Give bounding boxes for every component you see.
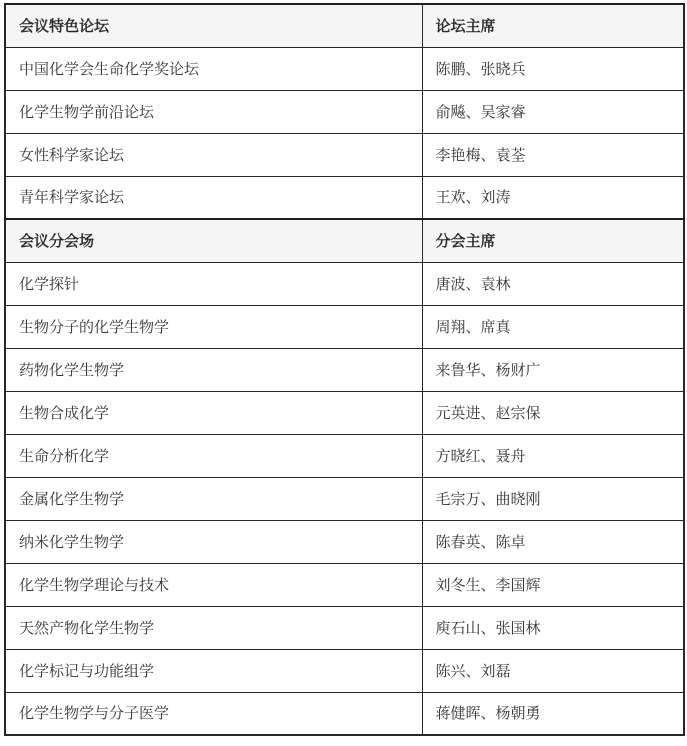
section-title-header-cell: 会议分会场 (5, 219, 422, 262)
table-row: 天然产物化学生物学庾石山、张国林 (5, 606, 684, 649)
chair-names-cell: 方晓红、聂舟 (422, 434, 684, 477)
table-row: 金属化学生物学毛宗万、曲晓刚 (5, 477, 684, 520)
chair-names-cell: 俞飚、吴家睿 (422, 90, 684, 133)
chair-names-cell: 刘冬生、李国辉 (422, 563, 684, 606)
chair-names-cell: 陈春英、陈卓 (422, 520, 684, 563)
table-row: 化学生物学前沿论坛俞飚、吴家睿 (5, 90, 684, 133)
section-header-row: 会议特色论坛论坛主席 (5, 4, 684, 47)
page: 会议特色论坛论坛主席中国化学会生命化学奖论坛陈鹏、张晓兵化学生物学前沿论坛俞飚、… (0, 0, 687, 746)
table-row: 纳米化学生物学陈春英、陈卓 (5, 520, 684, 563)
forum-name-cell: 化学标记与功能组学 (5, 649, 422, 692)
forum-name-cell: 纳米化学生物学 (5, 520, 422, 563)
forum-name-cell: 化学生物学前沿论坛 (5, 90, 422, 133)
table-row: 化学生物学与分子医学蒋健晖、杨朝勇 (5, 692, 684, 735)
chair-names-cell: 李艳梅、袁荃 (422, 133, 684, 176)
chair-names-cell: 元英进、赵宗保 (422, 391, 684, 434)
table-row: 化学探针唐波、袁林 (5, 262, 684, 305)
section-header-row: 会议分会场分会主席 (5, 219, 684, 262)
forum-name-cell: 生命分析化学 (5, 434, 422, 477)
table-row: 青年科学家论坛王欢、刘涛 (5, 176, 684, 219)
chair-names-cell: 陈鹏、张晓兵 (422, 47, 684, 90)
table-row: 生物分子的化学生物学周翔、席真 (5, 305, 684, 348)
table-row: 化学标记与功能组学陈兴、刘磊 (5, 649, 684, 692)
forum-name-cell: 金属化学生物学 (5, 477, 422, 520)
forum-name-cell: 女性科学家论坛 (5, 133, 422, 176)
chair-header-cell: 分会主席 (422, 219, 684, 262)
chair-names-cell: 庾石山、张国林 (422, 606, 684, 649)
chair-header-cell: 论坛主席 (422, 4, 684, 47)
forum-name-cell: 青年科学家论坛 (5, 176, 422, 219)
chair-names-cell: 周翔、席真 (422, 305, 684, 348)
chair-names-cell: 来鲁华、杨财广 (422, 348, 684, 391)
chair-names-cell: 王欢、刘涛 (422, 176, 684, 219)
forum-table-body: 会议特色论坛论坛主席中国化学会生命化学奖论坛陈鹏、张晓兵化学生物学前沿论坛俞飚、… (5, 4, 684, 735)
forum-name-cell: 化学生物学与分子医学 (5, 692, 422, 735)
table-row: 生物合成化学元英进、赵宗保 (5, 391, 684, 434)
forum-name-cell: 中国化学会生命化学奖论坛 (5, 47, 422, 90)
table-row: 生命分析化学方晓红、聂舟 (5, 434, 684, 477)
chair-names-cell: 陈兴、刘磊 (422, 649, 684, 692)
chair-names-cell: 蒋健晖、杨朝勇 (422, 692, 684, 735)
forum-name-cell: 生物分子的化学生物学 (5, 305, 422, 348)
table-row: 女性科学家论坛李艳梅、袁荃 (5, 133, 684, 176)
forum-name-cell: 天然产物化学生物学 (5, 606, 422, 649)
forum-table: 会议特色论坛论坛主席中国化学会生命化学奖论坛陈鹏、张晓兵化学生物学前沿论坛俞飚、… (4, 3, 685, 736)
forum-name-cell: 化学生物学理论与技术 (5, 563, 422, 606)
chair-names-cell: 毛宗万、曲晓刚 (422, 477, 684, 520)
table-row: 中国化学会生命化学奖论坛陈鹏、张晓兵 (5, 47, 684, 90)
forum-name-cell: 生物合成化学 (5, 391, 422, 434)
table-row: 化学生物学理论与技术刘冬生、李国辉 (5, 563, 684, 606)
forum-name-cell: 化学探针 (5, 262, 422, 305)
section-title-header-cell: 会议特色论坛 (5, 4, 422, 47)
forum-name-cell: 药物化学生物学 (5, 348, 422, 391)
table-row: 药物化学生物学来鲁华、杨财广 (5, 348, 684, 391)
chair-names-cell: 唐波、袁林 (422, 262, 684, 305)
